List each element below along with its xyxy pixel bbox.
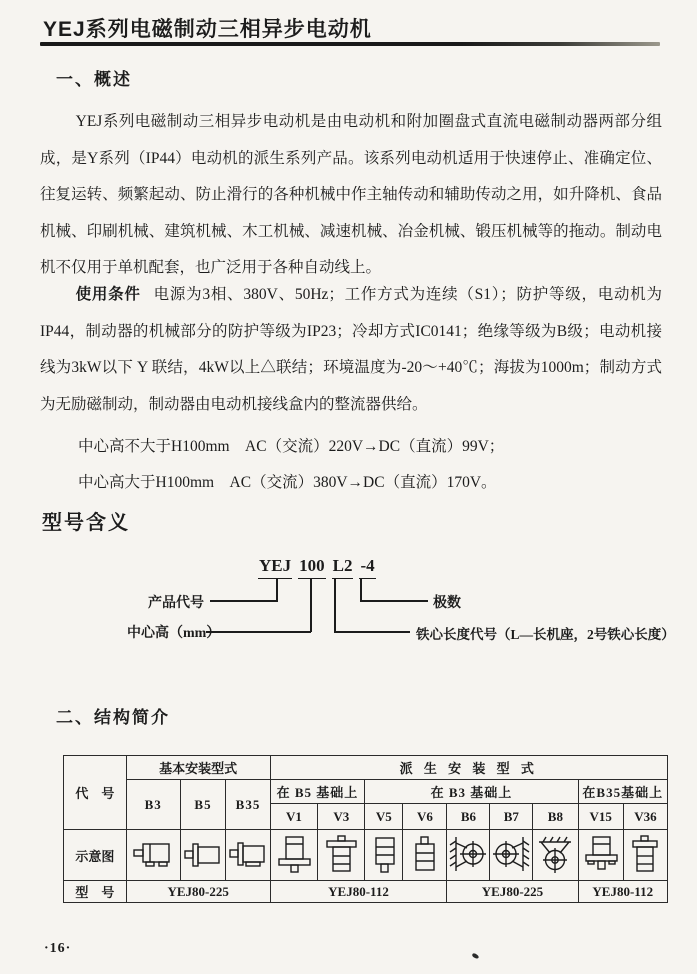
header-on-b3-base: 在 B3 基础上 <box>365 780 578 804</box>
document-title: YEJ系列电磁制动三相异步电动机 <box>43 13 372 43</box>
b8-ceiling-mounted-icon <box>533 833 577 877</box>
model-range-v: YEJ80-112 <box>270 881 447 903</box>
label-center-height: 中心高（mm） <box>127 622 220 642</box>
v5-vertical-shaft-down-icon <box>365 834 403 876</box>
code-b5: B5 <box>180 780 226 830</box>
model-range-b35: YEJ80-112 <box>578 881 667 903</box>
header-model: 型 号 <box>64 881 127 903</box>
code-v1: V1 <box>270 804 318 830</box>
connector-line <box>360 600 428 602</box>
scanned-page: YEJ系列电磁制动三相异步电动机 一、概述 YEJ系列电磁制动三相异步电动机是由… <box>0 0 697 974</box>
model-range-b: YEJ80-225 <box>447 881 578 903</box>
connector-line <box>334 579 336 632</box>
usage-conditions-text: 电源为3相、380V、50Hz；工作方式为连续（S1）；防护等级，电动机为IP4… <box>40 286 662 413</box>
connector-line <box>276 579 278 601</box>
code-v3: V3 <box>318 804 365 830</box>
code-b8: B8 <box>533 804 578 830</box>
v36-vertical-foot-flange-up-icon <box>625 834 665 876</box>
sketch-cell-v5 <box>365 830 403 881</box>
connector-line <box>360 579 362 601</box>
b6-wall-mounted-left-icon <box>447 833 489 877</box>
header-sketch: 示意图 <box>64 830 127 881</box>
sketch-cell-b7 <box>490 830 533 881</box>
v6-vertical-shaft-up-icon <box>405 834 445 876</box>
usage-paragraph: 使用条件电源为3相、380V、50Hz；工作方式为连续（S1）；防护等级，电动机… <box>40 277 662 423</box>
connector-line <box>334 631 410 633</box>
sketch-cell-b8 <box>533 830 578 881</box>
model-code-frame: 100 <box>298 556 326 579</box>
usage-conditions-label: 使用条件 <box>76 286 141 303</box>
code-b7: B7 <box>490 804 533 830</box>
sketch-cell-v36 <box>623 830 667 881</box>
code-v36: V36 <box>623 804 667 830</box>
label-core-length: 铁心长度代号（L—长机座，2号铁心长度） <box>416 623 675 643</box>
mounting-table: 代 号 基本安装型式 派 生 安 装 型 式 B3 B5 B35 在 B5 基础… <box>63 755 668 903</box>
voltage-line-high: 中心高大于H100mm AC（交流）380V→DC（直流）170V。 <box>78 470 497 492</box>
sketch-cell-b3 <box>126 830 180 881</box>
voltage-line-low: 中心高不大于H100mm AC（交流）220V→DC（直流）99V； <box>78 434 504 456</box>
model-code-series: YEJ <box>258 556 292 579</box>
v1-vertical-shaft-down-flange-icon <box>272 834 316 876</box>
b5-flange-mounted-motor-icon <box>182 837 224 873</box>
v3-vertical-shaft-up-flange-icon <box>319 834 363 876</box>
page-number: ·16· <box>44 941 71 957</box>
model-range-basic: YEJ80-225 <box>126 881 270 903</box>
overview-heading: 一、概述 <box>56 65 132 90</box>
sketch-cell-v15 <box>578 830 623 881</box>
header-code: 代 号 <box>64 756 127 830</box>
code-v15: V15 <box>578 804 623 830</box>
connector-line <box>210 600 278 602</box>
sketch-cell-v1 <box>270 830 318 881</box>
code-b35: B35 <box>226 780 270 830</box>
label-poles: 极数 <box>433 592 461 612</box>
header-basic-group: 基本安装型式 <box>126 756 270 780</box>
model-meaning-heading: 型号含义 <box>42 506 130 535</box>
sketch-cell-v3 <box>318 830 365 881</box>
structure-heading: 二、结构简介 <box>56 703 170 728</box>
b3-foot-mounted-motor-icon <box>130 837 176 873</box>
code-b3: B3 <box>126 780 180 830</box>
model-code-core: L2 <box>332 556 354 579</box>
b35-foot-flange-motor-icon <box>227 837 269 873</box>
header-on-b35-base: 在B35基础上 <box>578 780 667 804</box>
code-b6: B6 <box>447 804 490 830</box>
sketch-cell-b5 <box>180 830 226 881</box>
code-v5: V5 <box>365 804 403 830</box>
sketch-cell-v6 <box>403 830 447 881</box>
overview-paragraph: YEJ系列电磁制动三相异步电动机是由电动机和附加圈盘式直流电磁制动器两部分组成，… <box>40 104 662 287</box>
v15-vertical-foot-flange-down-icon <box>579 834 623 876</box>
label-product-code: 产品代号 <box>148 592 204 612</box>
header-derived-group: 派 生 安 装 型 式 <box>270 756 667 780</box>
connector-line <box>310 579 312 632</box>
title-rule <box>40 42 660 46</box>
code-v6: V6 <box>403 804 447 830</box>
b7-wall-mounted-right-icon <box>490 833 532 877</box>
model-code-poles: -4 <box>359 556 375 579</box>
connector-line <box>206 631 311 633</box>
header-on-b5-base: 在 B5 基础上 <box>270 780 365 804</box>
model-code: YEJ100L2-4 <box>258 556 382 579</box>
sketch-cell-b6 <box>447 830 490 881</box>
ink-speck <box>471 953 479 960</box>
sketch-cell-b35 <box>226 830 270 881</box>
